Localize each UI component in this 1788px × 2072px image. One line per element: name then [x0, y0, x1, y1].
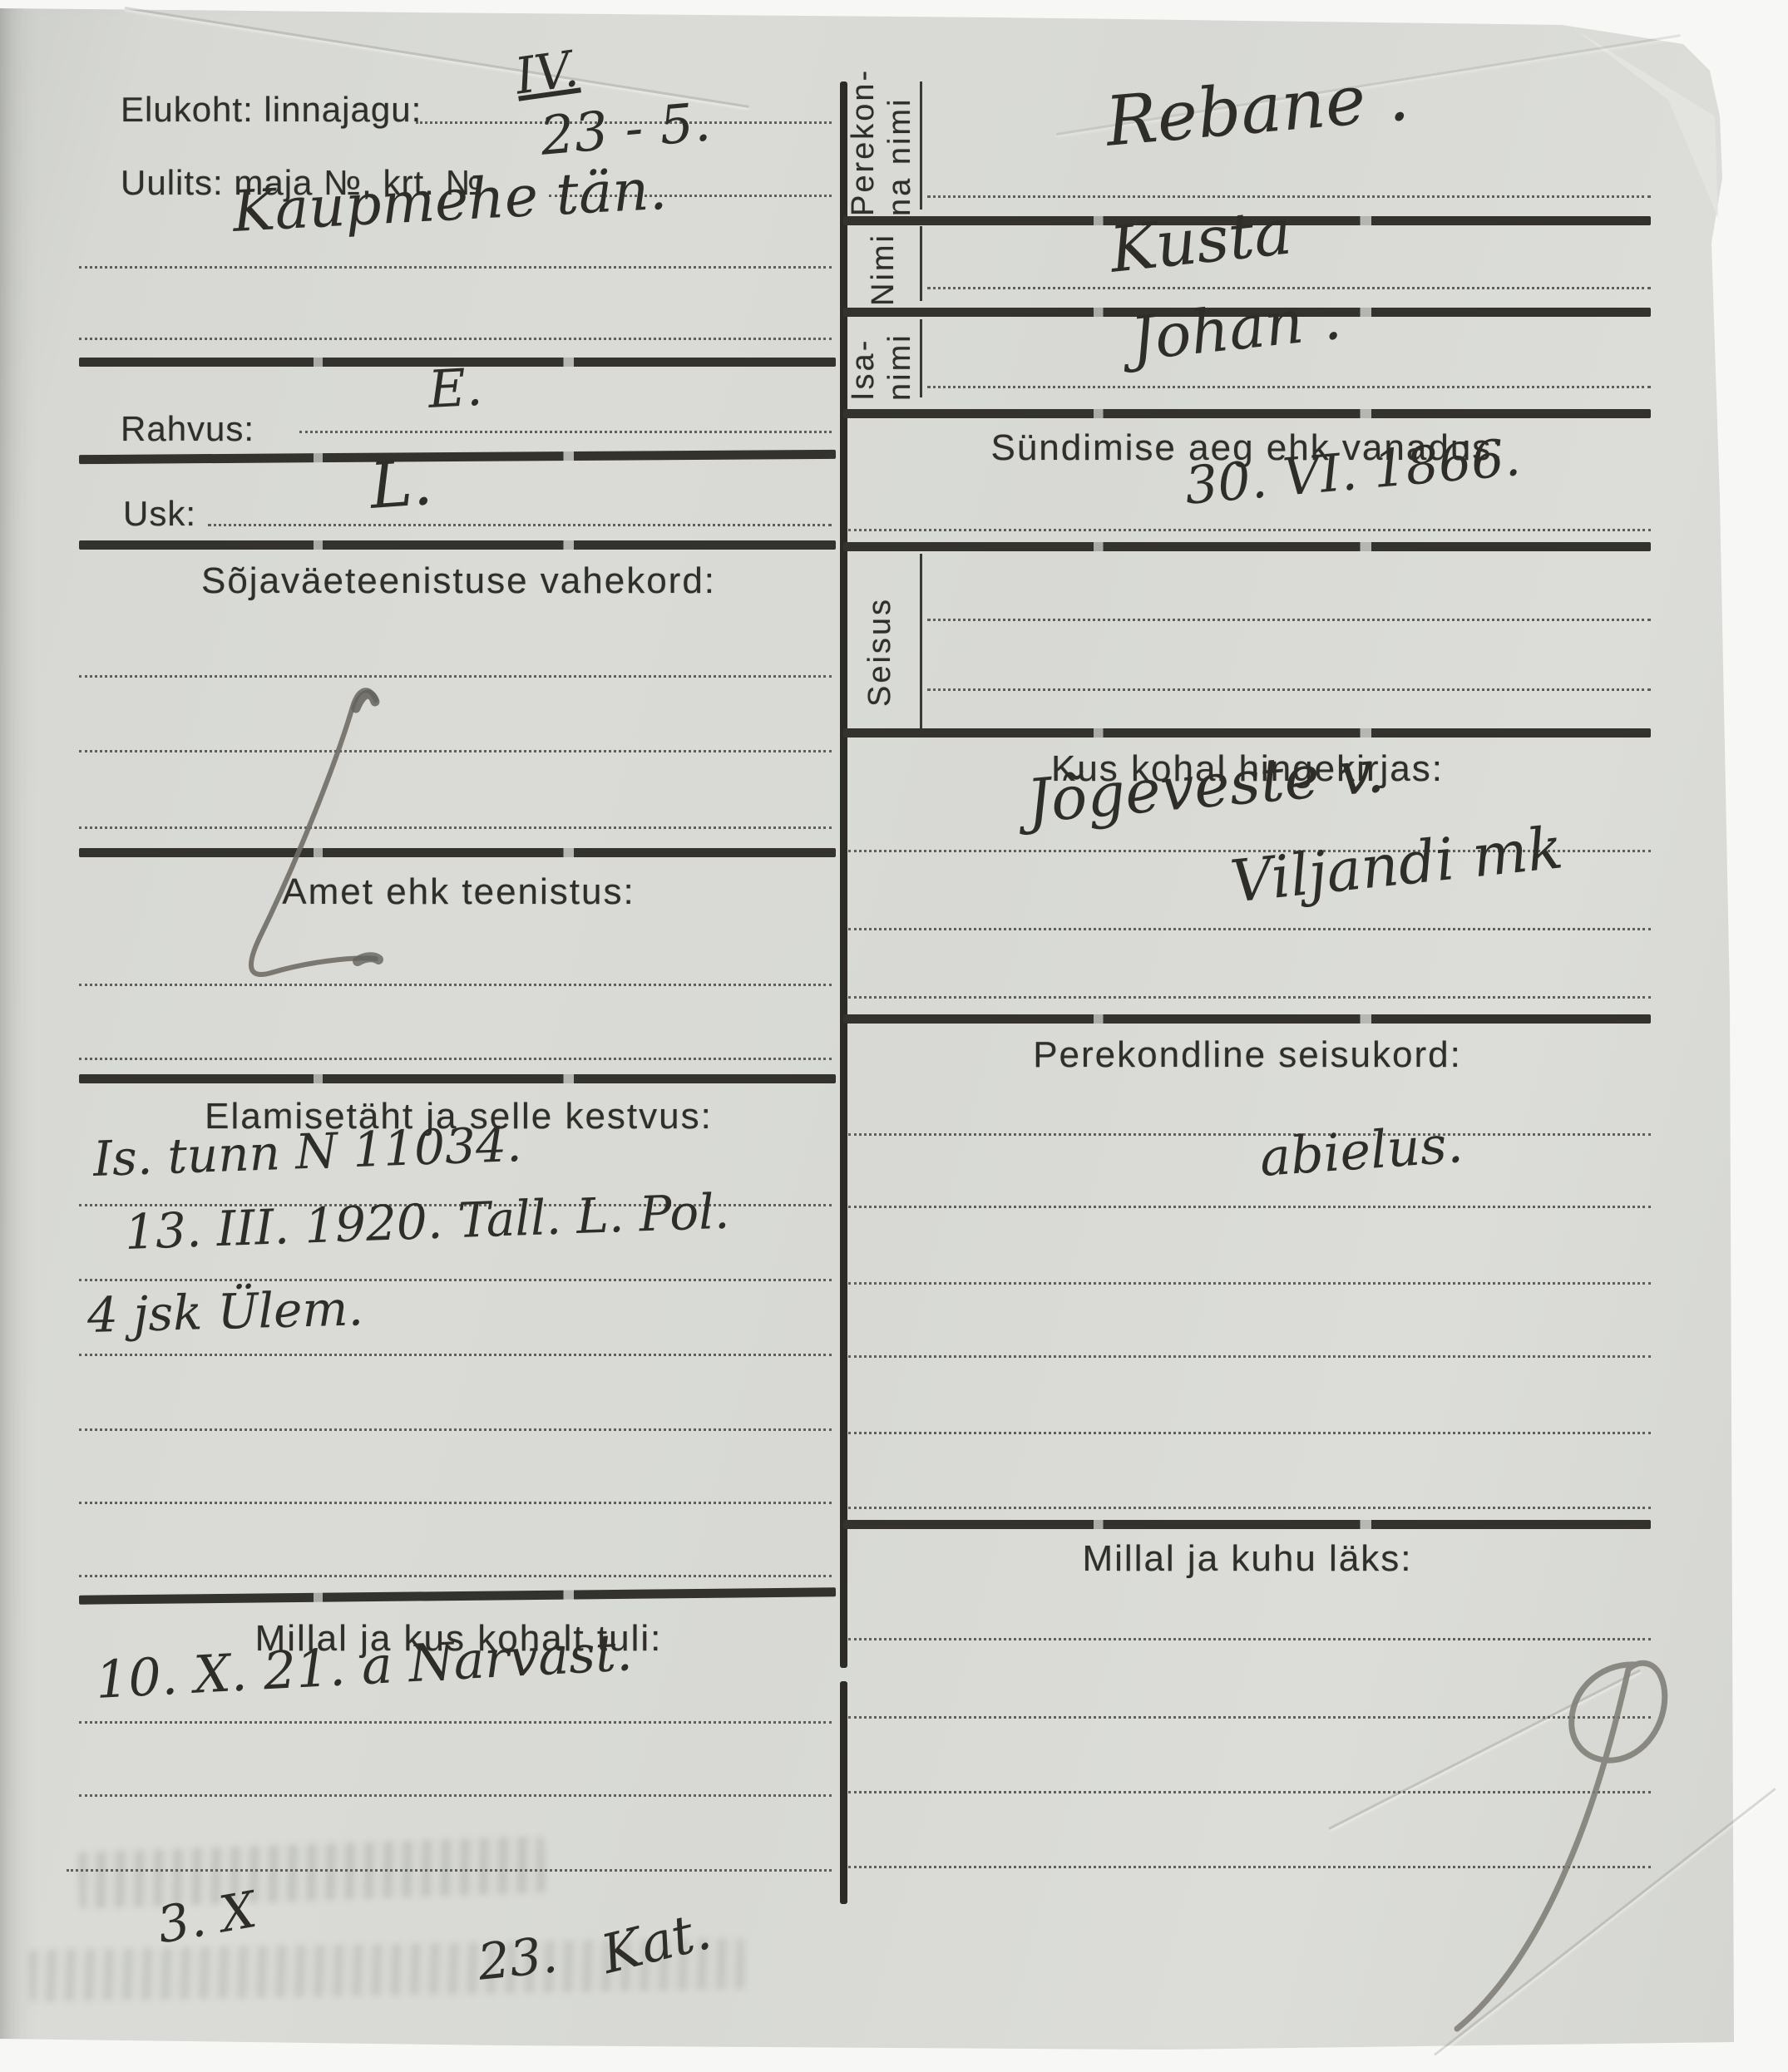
surname-label-line1: Perekon- — [846, 68, 881, 216]
dotted-line — [927, 688, 1651, 691]
dotted-line — [79, 1502, 832, 1504]
dotted-line — [927, 619, 1651, 621]
label-separator-rule — [920, 319, 922, 397]
residence-permit-line3-handwriting: 4 jsk Ülem. — [86, 1280, 364, 1344]
section-bar — [79, 848, 836, 857]
label-separator-rule — [920, 554, 922, 728]
section-bar — [843, 542, 1651, 551]
military-service-label: Sõjaväeteenistuse vahekord: — [79, 560, 838, 602]
dotted-line — [79, 1058, 832, 1060]
dotted-line — [79, 266, 832, 269]
label-separator-rule — [920, 226, 922, 301]
nationality-value-handwriting: E. — [427, 357, 484, 420]
scanned-registration-card: Elukoht: linnajagu: IV. 23 - 5. Uulits: … — [0, 0, 1788, 2072]
surname-label-vertical: Perekon- na nimi — [845, 83, 918, 216]
section-bar — [79, 540, 836, 550]
dotted-line — [79, 1428, 832, 1431]
nationality-label: Rahvus: — [121, 409, 254, 449]
surname-label-line2: na nimi — [882, 97, 917, 217]
father-name-label-line1: Isa- — [846, 338, 881, 401]
dotted-line — [848, 1507, 1651, 1509]
dotted-line — [927, 386, 1651, 388]
dotted-line — [848, 1206, 1651, 1208]
dotted-line — [79, 1575, 832, 1577]
label-separator-rule — [920, 81, 922, 210]
marital-label: Perekondline seisukord: — [844, 1034, 1651, 1076]
dotted-line — [79, 750, 832, 752]
dotted-line — [79, 1721, 832, 1724]
dotted-line — [79, 1794, 832, 1797]
dotted-line — [848, 1716, 1651, 1719]
father-name-label-line2: nimi — [882, 333, 917, 401]
dotted-line — [848, 1866, 1651, 1868]
father-name-label-vertical: Isa- nimi — [845, 318, 918, 401]
dotted-line — [848, 1282, 1651, 1285]
dotted-line — [927, 195, 1651, 198]
status-label-vertical: Seisus — [862, 574, 898, 707]
dotted-line — [848, 928, 1651, 930]
dotted-line — [848, 1638, 1651, 1640]
section-bar — [79, 1074, 836, 1083]
dotted-line — [848, 1791, 1651, 1793]
dotted-line — [79, 1279, 832, 1281]
dotted-line — [848, 1355, 1651, 1358]
section-bar — [843, 728, 1651, 738]
section-bar — [843, 409, 1651, 418]
departure-label: Millal ja kuhu läks: — [844, 1538, 1651, 1580]
dotted-line — [208, 524, 832, 526]
dotted-line — [79, 338, 832, 340]
dotted-line — [79, 675, 832, 678]
dotted-line — [299, 431, 832, 433]
dotted-line — [848, 996, 1651, 999]
religion-value-handwriting: L. — [368, 445, 435, 523]
first-name-label-vertical: Nimi — [865, 231, 901, 306]
dotted-line — [848, 1133, 1651, 1136]
residence-label: Elukoht: linnajagu: — [121, 90, 422, 130]
dotted-line — [79, 826, 832, 829]
dotted-line — [79, 984, 832, 986]
note-year-handwriting: 23. — [475, 1926, 560, 1992]
section-bar — [843, 1014, 1651, 1024]
residence-value-handwriting: IV. — [511, 40, 582, 106]
dotted-line — [79, 1354, 832, 1356]
dotted-line — [848, 529, 1651, 531]
center-divider-line — [840, 1681, 847, 1904]
dotted-line — [848, 1432, 1651, 1434]
occupation-label: Amet ehk teenistus: — [79, 871, 838, 913]
section-bar — [843, 1520, 1651, 1529]
religion-label: Usk: — [123, 494, 196, 534]
